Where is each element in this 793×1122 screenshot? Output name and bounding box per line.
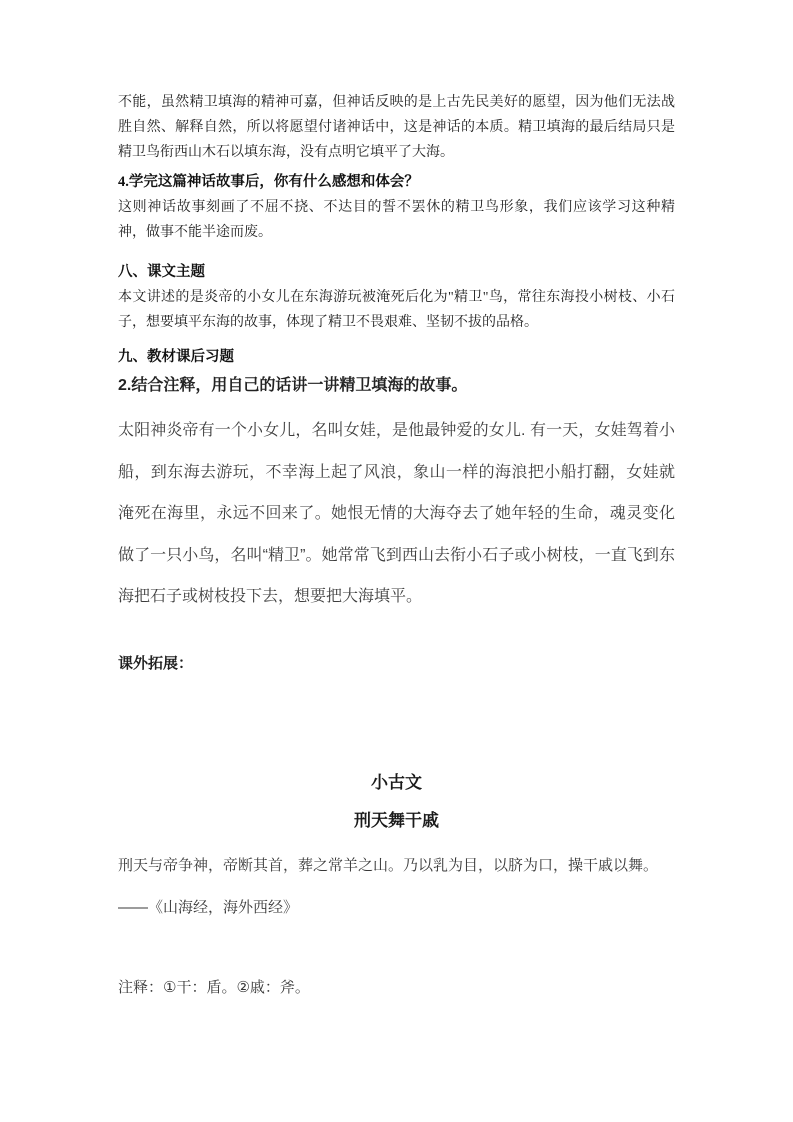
question4-answer-paragraph: 这则神话故事刻画了不屈不挠、不达目的誓不罢休的精卫鸟形象，我们应该学习这种精神，… [118,195,675,245]
classic-poem-title: 刑天舞干戚 [118,810,675,832]
classic-section-title: 小古文 [118,772,675,794]
question4-heading: 4.学完这篇神话故事后，你有什么感想和体会？ [118,170,675,195]
classic-poem-body: 刑天与帝争神，帝断其首，葬之常羊之山。乃以乳为目，以脐为口，操干戚以舞。 [118,855,675,877]
section8-theme-heading: 八、课文主题 [118,260,675,285]
classic-source-citation: ——《山海经，海外西经》 [118,897,675,919]
section9-exercises-heading: 九、教材课后习题 [118,345,675,370]
question3-answer-paragraph: 不能，虽然精卫填海的精神可嘉，但神话反映的是上古先民美好的愿望，因为他们无法战胜… [118,90,675,165]
extension-label: 课外拓展： [118,652,675,677]
question2-heading: 2.结合注释，用自己的话讲一讲精卫填海的故事。 [118,374,675,398]
document-page: 不能，虽然精卫填海的精神可嘉，但神话反映的是上古先民美好的愿望，因为他们无法战胜… [0,0,793,1122]
question2-story-paragraph: 太阳神炎帝有一个小女儿，名叫女娃，是他最钟爱的女儿. 有一天，女娃驾着小船，到东… [118,410,675,618]
section8-theme-paragraph: 本文讲述的是炎帝的小女儿在东海游玩被淹死后化为"精卫"鸟，常往东海投小树枝、小石… [118,285,675,335]
classic-notes: 注释：①干：盾。②戚：斧。 [118,977,675,999]
